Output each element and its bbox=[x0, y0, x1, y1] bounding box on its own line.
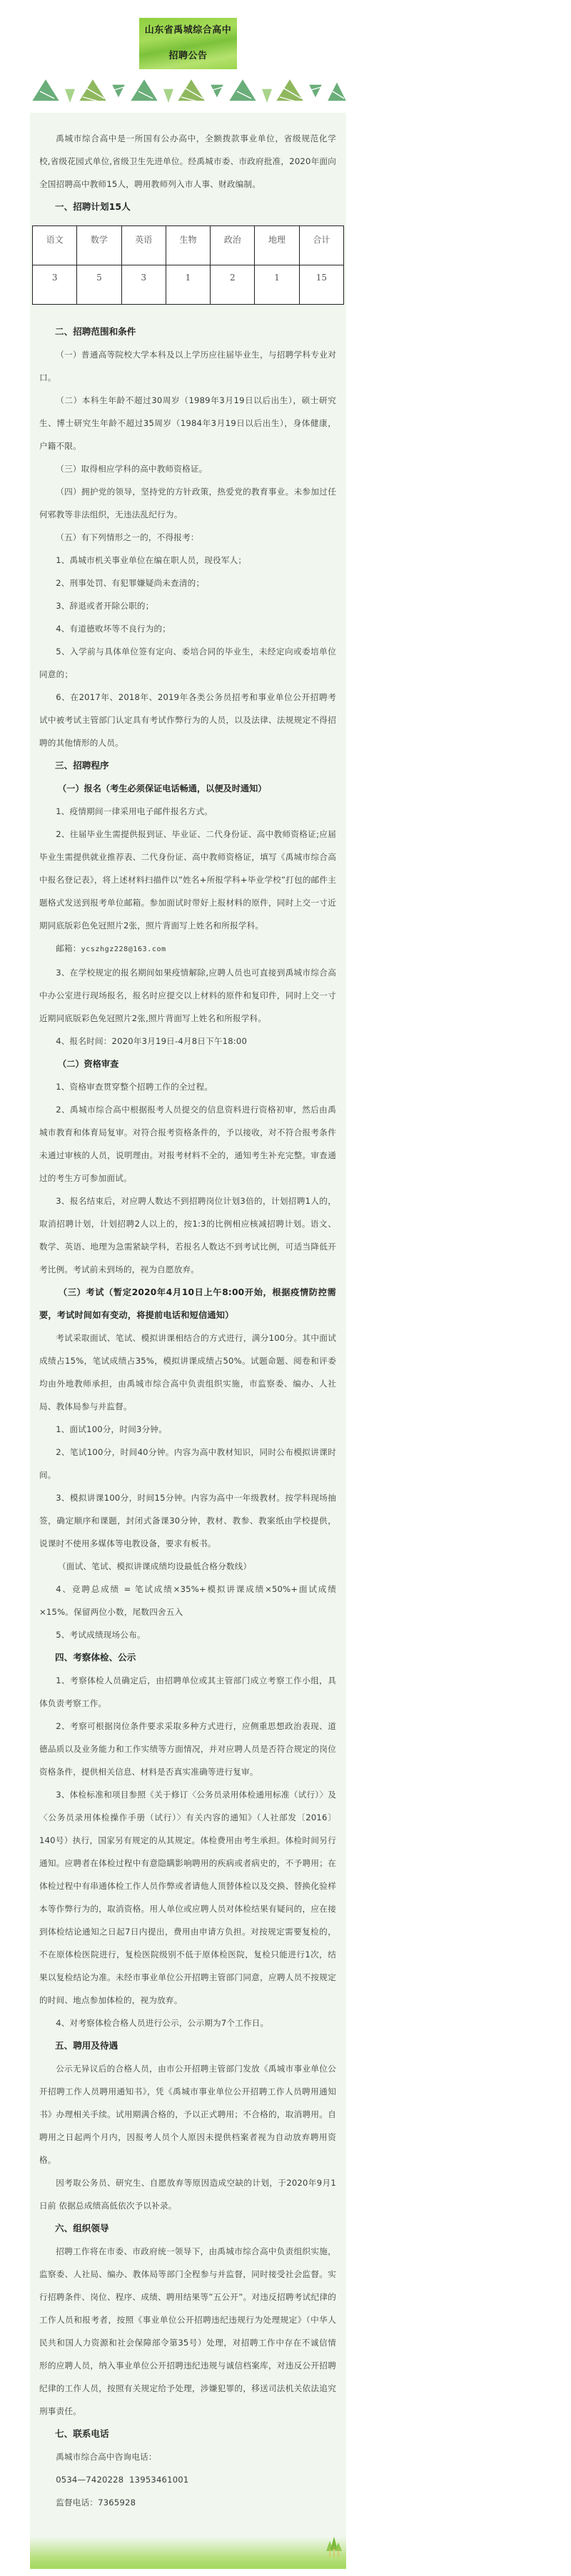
exam-item: 1、面试100分，时间3分钟。 bbox=[39, 1418, 336, 1441]
review-item: 2、禹城市综合高中根据报考人员提交的信息资料进行资格初审，然后由禹城市教育和体育… bbox=[39, 1098, 336, 1190]
table-header-cell: 语文 bbox=[33, 226, 77, 265]
email-address-link[interactable]: ycszhgz228@163.com bbox=[81, 945, 166, 953]
table-header-row: 语文 数学 英语 生物 政治 地理 合计 bbox=[33, 226, 344, 265]
employment-item: 公示无异议后的合格人员，由市公开招聘主管部门发放《禹城市事业单位公开招聘工作人员… bbox=[39, 2057, 336, 2171]
table-header-cell: 合计 bbox=[299, 226, 343, 265]
condition-item: （一）普通高等院校大学本科及以上学历应往届毕业生，与招聘学科专业对口。 bbox=[39, 343, 336, 389]
table-header-cell: 生物 bbox=[166, 226, 210, 265]
exclusion-item: 2、刑事处罚、有犯罪嫌疑尚未查清的； bbox=[39, 572, 336, 594]
section-heading-procedure: 三、招聘程序 bbox=[39, 754, 336, 777]
section-heading-leadership: 六、组织领导 bbox=[39, 2217, 336, 2240]
table-cell: 1 bbox=[255, 265, 299, 305]
exclusion-item: 5、入学前与具体单位签有定向、委培合同的毕业生，未经定向或委培单位同意的； bbox=[39, 640, 336, 686]
title-banner: 山东省禹城综合高中 招聘公告 bbox=[139, 18, 237, 69]
decorative-triangle-row-icon bbox=[30, 77, 347, 107]
exam-item: 4、竞聘总成绩 = 笔试成绩×35%+模拟讲课成绩×50%+面试成绩×15%。保… bbox=[39, 1578, 336, 1623]
registration-item: 2、往届毕业生需提供报到证、毕业证、二代身份证、高中教师资格证;应届毕业生需提供… bbox=[39, 823, 336, 937]
exam-item: 3、模拟讲课100分，时间15分钟。内容为高中一年级教材。按学科现场抽签，确定顺… bbox=[39, 1486, 336, 1555]
section-heading-conditions: 二、招聘范围和条件 bbox=[39, 320, 336, 343]
condition-item: （二）本科生年龄不超过30周岁（1989年3月19日以后出生），硕士研究生、博士… bbox=[39, 389, 336, 457]
supervise-phone: 监督电话：7365928 bbox=[39, 2491, 336, 2514]
email-line: 邮箱：ycszhgz228@163.com bbox=[39, 937, 336, 961]
employment-item: 因考取公务员、研究生、自愿放弃等原因造成空缺的计划，于2020年9月1日前 依据… bbox=[39, 2171, 336, 2217]
exam-item: 2、笔试100分，时间40分钟。内容为高中教材知识，同时公布模拟讲课时间。 bbox=[39, 1441, 336, 1486]
exclusion-item: 6、在2017年、2018年、2019年各类公务员招考和事业单位公开招聘考试中被… bbox=[39, 686, 336, 754]
condition-item: （四）拥护党的领导，坚持党的方针政策，热爱党的教育事业。未参加过任何邪教等非法组… bbox=[39, 480, 336, 526]
condition-item: （五）有下列情形之一的，不得报考： bbox=[39, 526, 336, 549]
review-item: 3、报名结束后，对应聘人数达不到招聘岗位计划3倍的，计划招聘1人的，取消招聘计划… bbox=[39, 1190, 336, 1281]
title-notice: 招聘公告 bbox=[168, 44, 207, 69]
notice-body: 禹城市综合高中是一所国有公办高中，全额拨款事业单位，省级规范化学校,省级花园式单… bbox=[39, 114, 336, 2514]
table-cell: 5 bbox=[77, 265, 121, 305]
subheading-exam: （三）考试（暂定2020年4月10日上午8:00开始，根据疫情防控需要，考试时间… bbox=[39, 1281, 336, 1327]
exclusion-item: 4、有道德败坏等不良行为的； bbox=[39, 617, 336, 640]
intro-paragraph: 禹城市综合高中是一所国有公办高中，全额拨款事业单位，省级规范化学校,省级花园式单… bbox=[39, 127, 336, 196]
section-heading-employment: 五、聘用及待遇 bbox=[39, 2034, 336, 2057]
consult-label: 禹城市综合高中咨询电话： bbox=[39, 2445, 336, 2468]
grass-footer-decoration bbox=[30, 2537, 346, 2569]
exclusion-item: 3、辞退或者开除公职的； bbox=[39, 594, 336, 617]
inspection-item: 2、考察可根据岗位条件要求采取多种方式进行，应侧重思想政治表现、道德品质以及业务… bbox=[39, 1715, 336, 1783]
recruitment-notice-page: 山东省禹城综合高中 招聘公告 禹城市综合高中是一所国有公办高中，全额拨款事业单位… bbox=[0, 0, 571, 2576]
table-cell: 1 bbox=[166, 265, 210, 305]
trees-icon bbox=[326, 2537, 342, 2558]
title-school-name: 山东省禹城综合高中 bbox=[145, 18, 232, 44]
section-heading-plan: 一、招聘计划15人 bbox=[39, 196, 336, 218]
condition-item: （三）取得相应学科的高中教师资格证。 bbox=[39, 457, 336, 480]
section-heading-contact: 七、联系电话 bbox=[39, 2423, 336, 2445]
table-cell: 15 bbox=[299, 265, 343, 305]
review-item: 1、资格审查贯穿整个招聘工作的全过程。 bbox=[39, 1075, 336, 1098]
table-header-cell: 地理 bbox=[255, 226, 299, 265]
section-heading-inspection: 四、考察体检、公示 bbox=[39, 1646, 336, 1669]
inspection-item: 4、对考察体检合格人员进行公示，公示期为7个工作日。 bbox=[39, 2012, 336, 2034]
table-row: 3 5 3 1 2 1 15 bbox=[33, 265, 344, 305]
inspection-item: 1、考察体检人员确定后，由招聘单位或其主管部门成立考察工作小组，具体负责考察工作… bbox=[39, 1669, 336, 1715]
registration-item: 4、报名时间：2020年3月19日-4月8日下午18:00 bbox=[39, 1030, 336, 1053]
exclusion-item: 1、禹城市机关事业单位在编在职人员，现役军人； bbox=[39, 549, 336, 572]
table-header-cell: 英语 bbox=[121, 226, 166, 265]
inspection-item: 3、体检标准和项目参照《关于修订〈公务员录用体检通用标准（试行）〉及〈公务员录用… bbox=[39, 1783, 336, 2012]
subheading-registration: （一）报名（考生必须保证电话畅通，以便及时通知） bbox=[39, 777, 336, 800]
table-cell: 3 bbox=[33, 265, 77, 305]
table-header-cell: 数学 bbox=[77, 226, 121, 265]
exam-item: 5、考试成绩现场公布。 bbox=[39, 1623, 336, 1646]
registration-item: 3、在学校规定的报名期间如果疫情解除,应聘人员也可直接到禹城市综合高中办公室进行… bbox=[39, 961, 336, 1030]
exam-note: （面试、笔试、模拟讲课成绩均设最低合格分数线） bbox=[39, 1555, 336, 1578]
table-header-cell: 政治 bbox=[211, 226, 255, 265]
subheading-review: （二）资格审查 bbox=[39, 1053, 336, 1075]
leadership-item: 招聘工作将在市委、市政府统一领导下，由禹城市综合高中负责组织实施，监察委、人社局… bbox=[39, 2240, 336, 2423]
exam-intro: 考试采取面试、笔试、模拟讲课相结合的方式进行，满分100分。其中面试成绩占15%… bbox=[39, 1327, 336, 1418]
table-cell: 3 bbox=[121, 265, 166, 305]
registration-item: 1、疫情期间一律采用电子邮件报名方式。 bbox=[39, 800, 336, 823]
consult-phones[interactable]: 0534—7420228 13953461001 bbox=[39, 2468, 336, 2491]
recruitment-plan-table: 语文 数学 英语 生物 政治 地理 合计 3 5 3 1 2 1 15 bbox=[32, 225, 344, 305]
email-label: 邮箱： bbox=[56, 943, 81, 953]
table-cell: 2 bbox=[211, 265, 255, 305]
